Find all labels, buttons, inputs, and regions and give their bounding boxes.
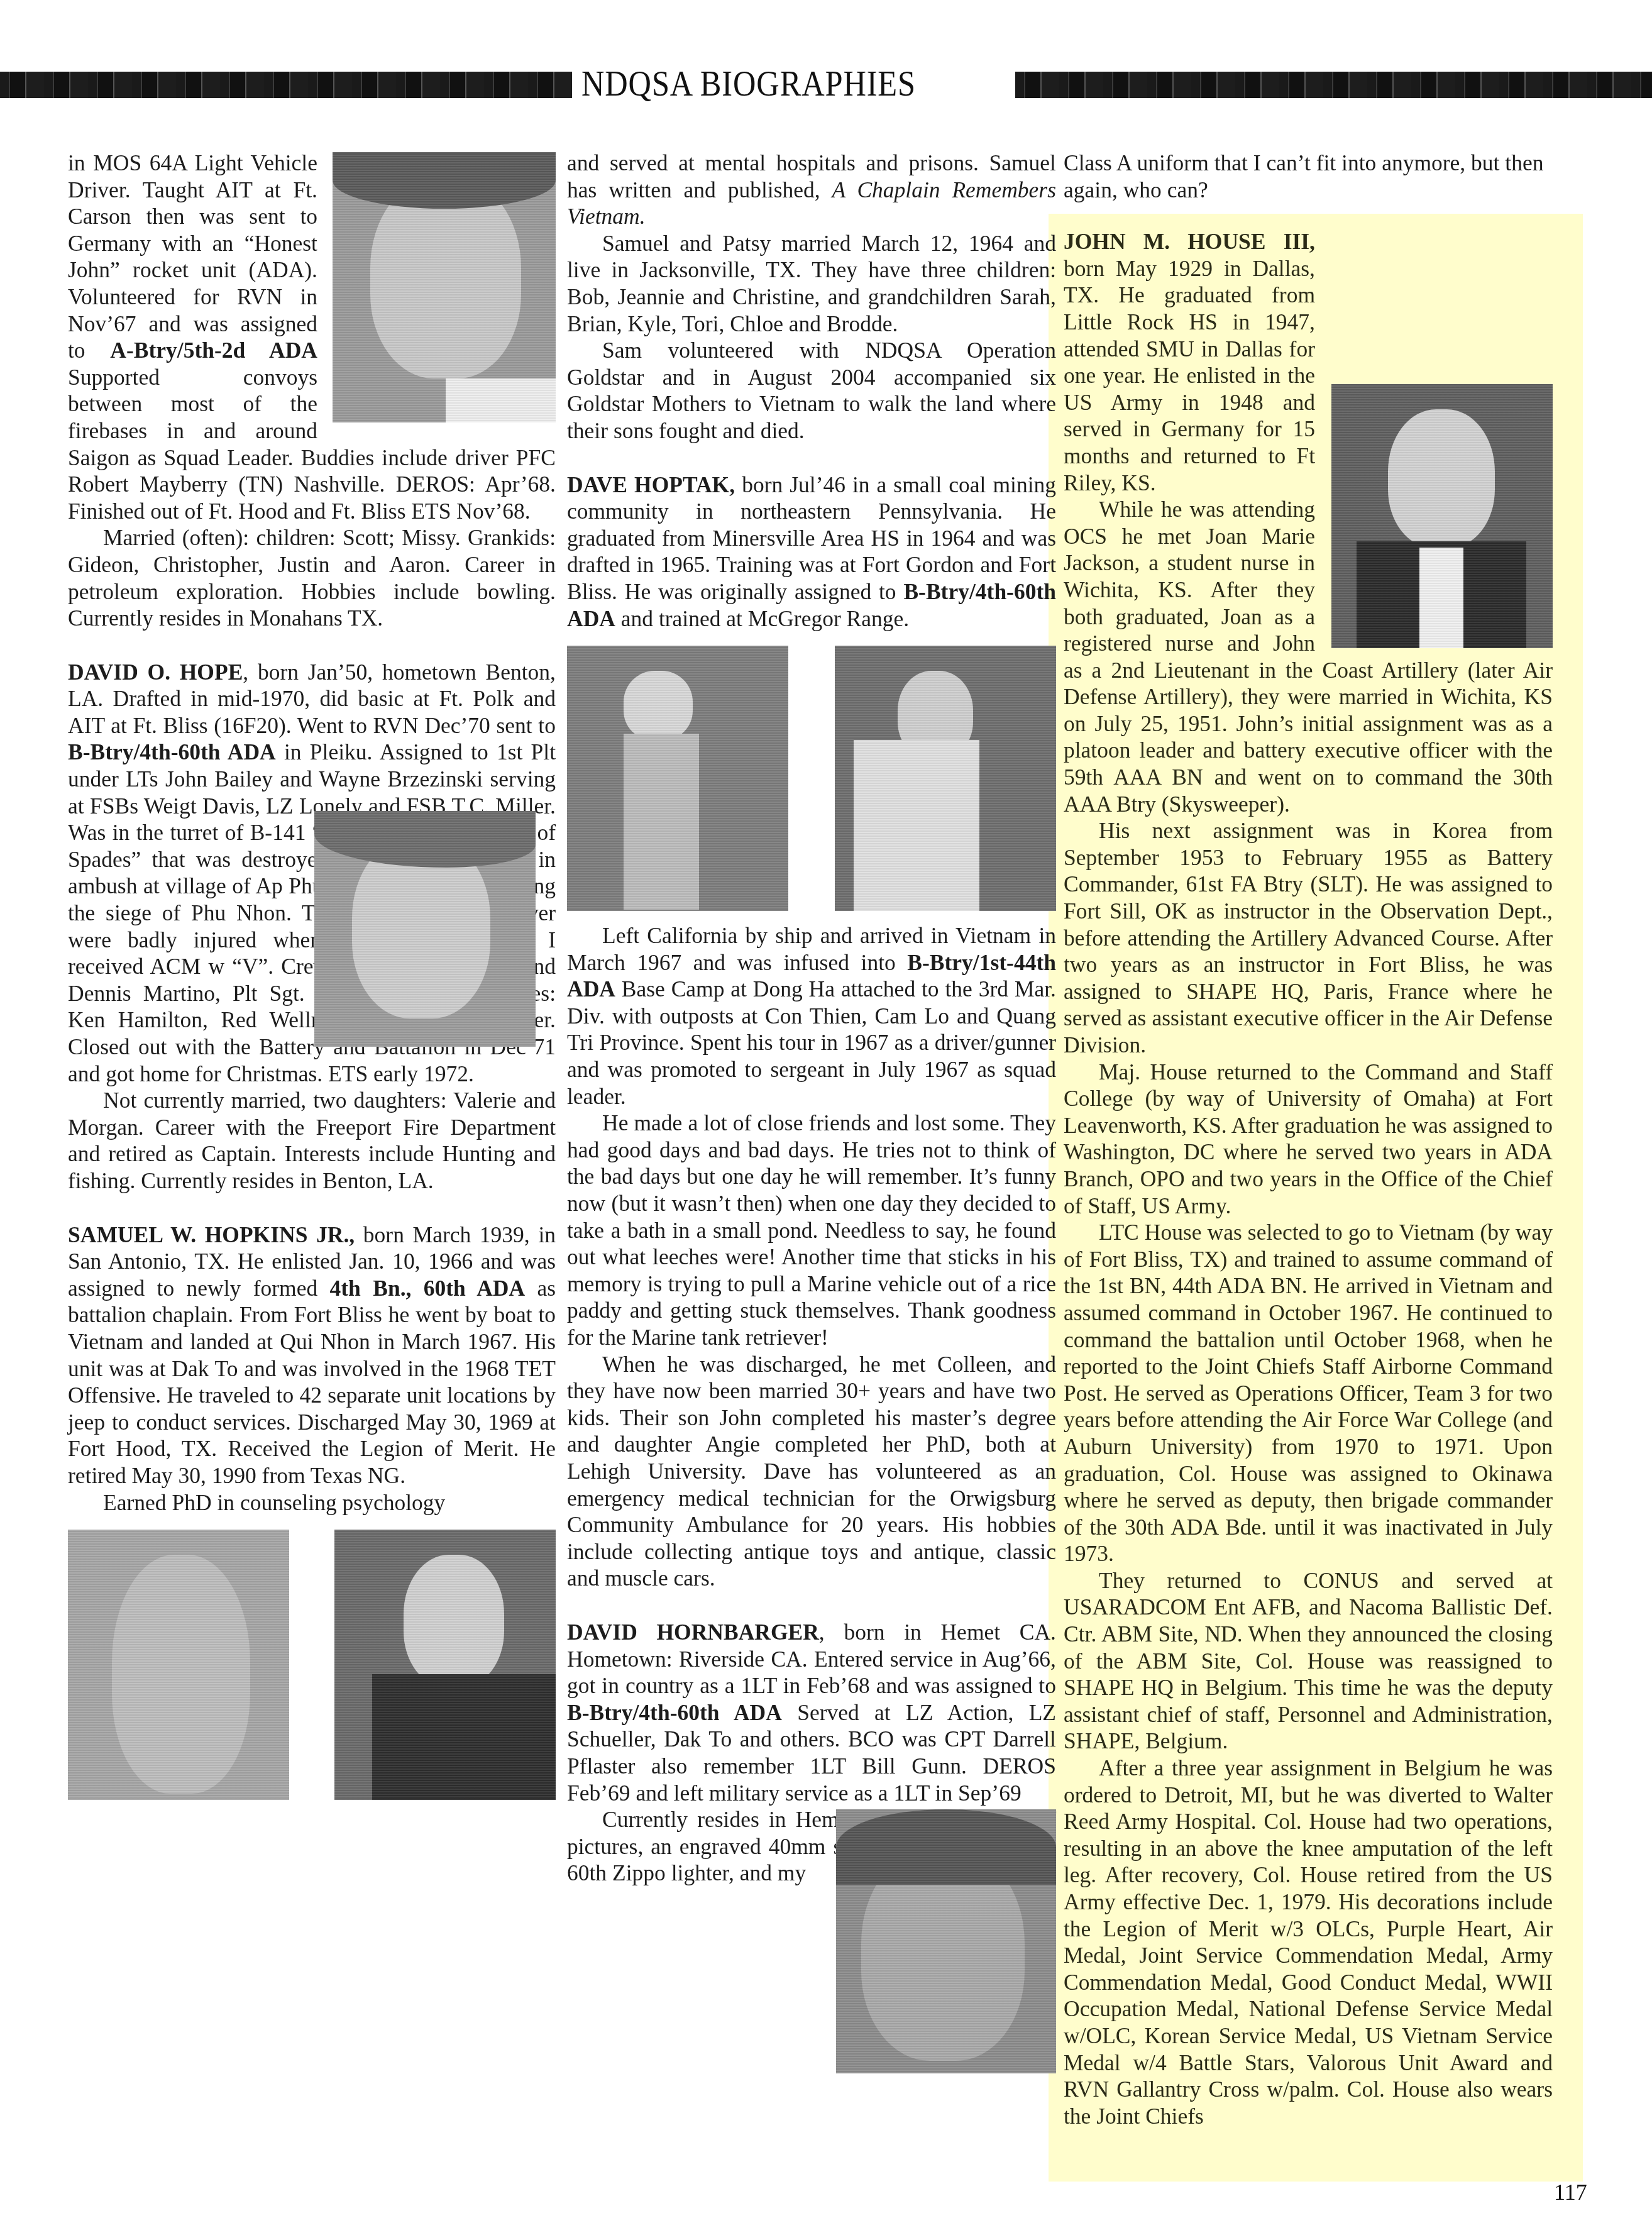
photo-hopkins-young (68, 1530, 289, 1800)
bio-name: DAVE HOPTAK, (567, 472, 735, 497)
bio-paragraph: He made a lot of close friends and lost … (567, 1110, 1056, 1350)
header-bar-right (1015, 72, 1652, 98)
bio-paragraph: Earned PhD in counseling psychology (68, 1489, 556, 1516)
bio-name: DAVID HORNBARGER (567, 1619, 819, 1645)
bio-david-hornbarger: DAVID HORNBARGER, born in Hemet CA. Home… (567, 1619, 1056, 1806)
page-number: 117 (1554, 2179, 1587, 2205)
bio-name: DAVID O. HOPE (68, 659, 243, 685)
bio-paragraph: His next assignment was in Korea from Se… (1064, 817, 1553, 1058)
page-title: NDQSA BIOGRAPHIES (581, 64, 966, 104)
photo-hoptak-recent (835, 646, 1056, 911)
bio-hornbarger-continued: Class A uniform that I can’t fit into an… (1064, 150, 1553, 203)
photo-hornbarger (836, 1809, 1056, 2073)
bio-name: SAMUEL W. HOPKINS JR., (68, 1222, 355, 1247)
bio-paragraph: Maj. House returned to the Command and S… (1064, 1059, 1553, 1220)
bio-paragraph: LTC House was selected to go to Vietnam … (1064, 1219, 1553, 1567)
photo-hopkins-uniform-flag (334, 1530, 556, 1800)
bio-samuel-hopkins: SAMUEL W. HOPKINS JR., born March 1939, … (68, 1222, 556, 1489)
photo-house-formal (1331, 384, 1553, 648)
column-2: and served at mental hospitals and priso… (567, 150, 1056, 1887)
page-header: NDQSA BIOGRAPHIES (0, 68, 1652, 101)
bio-paragraph: When he was discharged, he met Colleen, … (567, 1351, 1056, 1592)
bio-dave-hoptak: DAVE HOPTAK, born Jul’46 in a small coal… (567, 472, 1056, 632)
photo-hoptak-vietnam (567, 646, 788, 911)
bio-hopkins-continued: and served at mental hospitals and priso… (567, 150, 1056, 230)
header-bar-left (0, 72, 572, 98)
bio-paragraph: Married (often): children: Scott; Missy.… (68, 524, 556, 631)
bio-paragraph: They returned to CONUS and served at USA… (1064, 1567, 1553, 1755)
column-3: Class A uniform that I can’t fit into an… (1064, 150, 1553, 2129)
bio-paragraph: Not currently married, two daughters: Va… (68, 1087, 556, 1194)
bio-paragraph: Left California by ship and arrived in V… (567, 922, 1056, 1110)
bio-paragraph: After a three year assignment in Belgium… (1064, 1755, 1553, 2129)
photo-hope-young (314, 811, 536, 1047)
bio-name: JOHN M. HOUSE III, (1064, 229, 1315, 254)
bio-paragraph: Sam volunteered with NDQSA Operation Gol… (567, 337, 1056, 444)
bio-john-house: JOHN M. HOUSE III, born May 1929 in Dall… (1064, 228, 1553, 2129)
photo-older-man-glasses (333, 152, 556, 422)
bio-paragraph: Samuel and Patsy married March 12, 1964 … (567, 230, 1056, 337)
